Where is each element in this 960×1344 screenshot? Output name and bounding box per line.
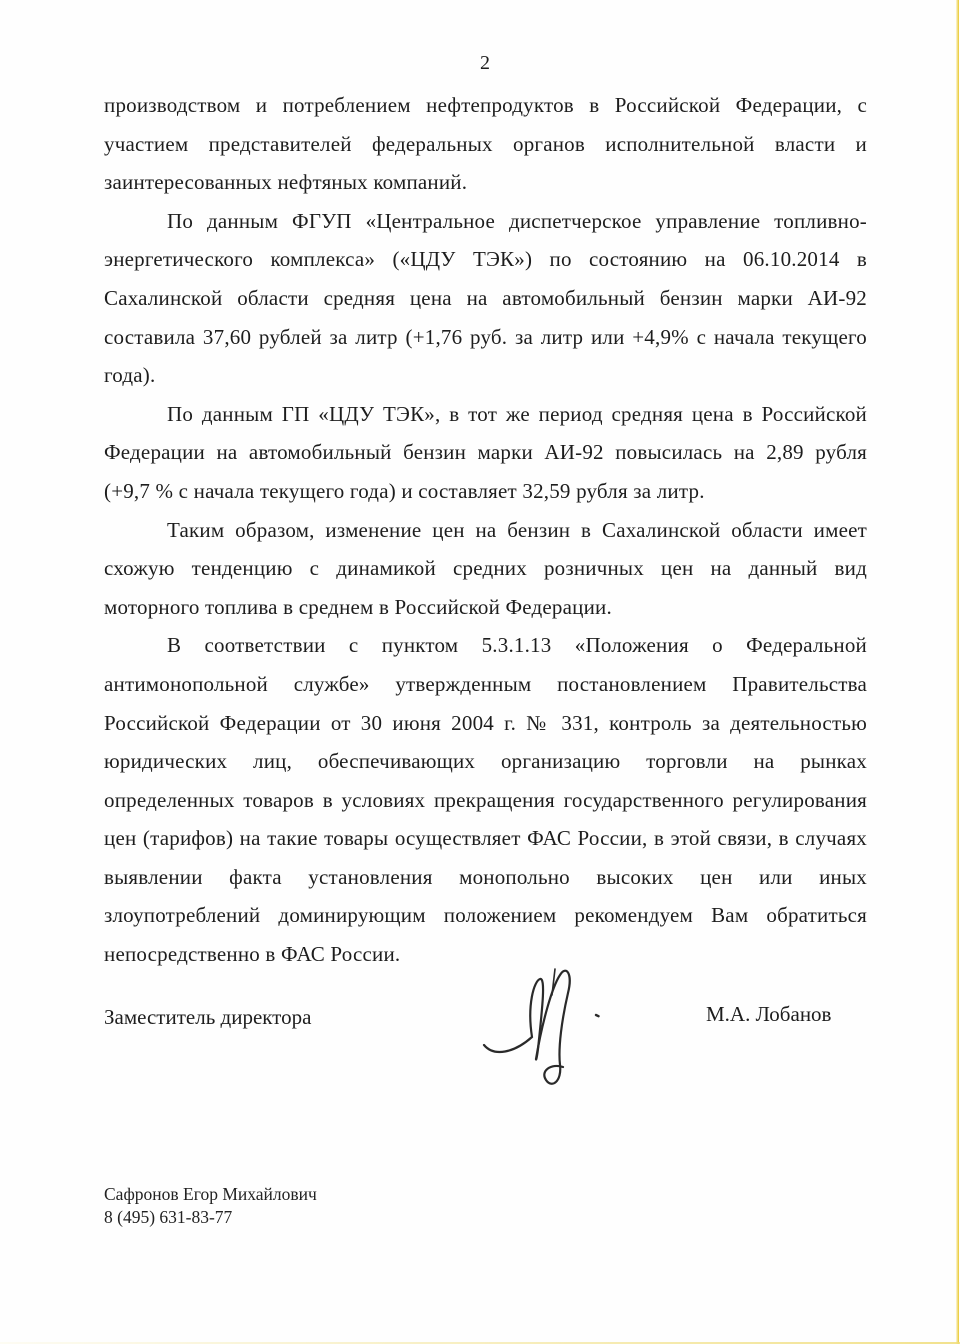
text-line: злоупотреблений доминирующим положением … bbox=[104, 896, 867, 935]
paragraph-4: Таким образом, изменение цен на бензин в… bbox=[104, 511, 867, 627]
paragraph-5: В соответствии с пунктом 5.3.1.13 «Полож… bbox=[104, 626, 867, 973]
text-line: юридических лиц, обеспечивающих организа… bbox=[104, 742, 867, 781]
executor-phone: 8 (495) 631-83-77 bbox=[104, 1206, 317, 1229]
text-line: антимонопольной службе» утвержденным пос… bbox=[104, 665, 867, 704]
executor-info: Сафронов Егор Михайлович 8 (495) 631-83-… bbox=[104, 1183, 317, 1229]
scan-edge-line-right bbox=[956, 0, 959, 1344]
text-line: участием представителей федеральных орга… bbox=[104, 125, 867, 164]
text-line: заинтересованных нефтяных компаний. bbox=[104, 163, 867, 202]
text-line: По данным ФГУП «Центральное диспетчерско… bbox=[104, 202, 867, 241]
text-line: В соответствии с пунктом 5.3.1.13 «Полож… bbox=[104, 626, 867, 665]
text-line: цен (тарифов) на такие товары осуществля… bbox=[104, 819, 867, 858]
text-line: Федерации на автомобильный бензин марки … bbox=[104, 433, 867, 472]
text-line: моторного топлива в среднем в Российской… bbox=[104, 588, 867, 627]
text-line: определенных товаров в условиях прекраще… bbox=[104, 781, 867, 820]
text-line: По данным ГП «ЦДУ ТЭК», в тот же период … bbox=[104, 395, 867, 434]
text-line: Таким образом, изменение цен на бензин в… bbox=[104, 511, 867, 550]
paragraph-1: производством и потреблением нефтепродук… bbox=[104, 86, 867, 202]
paragraph-3: По данным ГП «ЦДУ ТЭК», в тот же период … bbox=[104, 395, 867, 511]
text-line: Сахалинской области средняя цена на авто… bbox=[104, 279, 867, 318]
text-line: схожую тенденцию с динамикой средних роз… bbox=[104, 549, 867, 588]
text-line: выявлении факта установления монопольно … bbox=[104, 858, 867, 897]
text-line: Российской Федерации от 30 июня 2004 г. … bbox=[104, 704, 867, 743]
document-page: 2 производством и потреблением нефтепрод… bbox=[0, 0, 960, 1344]
text-line: составила 37,60 рублей за литр (+1,76 ру… bbox=[104, 318, 867, 357]
text-line: года). bbox=[104, 356, 867, 395]
signature-image bbox=[478, 967, 628, 1097]
text-line: производством и потреблением нефтепродук… bbox=[104, 86, 867, 125]
signer-name: М.А. Лобанов bbox=[706, 1002, 831, 1027]
text-line: (+9,7 % с начала текущего года) и состав… bbox=[104, 472, 867, 511]
paragraph-2: По данным ФГУП «Центральное диспетчерско… bbox=[104, 202, 867, 395]
executor-name: Сафронов Егор Михайлович bbox=[104, 1183, 317, 1206]
text-line: энергетического комплекса» («ЦДУ ТЭК») п… bbox=[104, 240, 867, 279]
letter-body: производством и потреблением нефтепродук… bbox=[104, 86, 867, 974]
signer-position-title: Заместитель директора bbox=[104, 1005, 311, 1030]
page-number: 2 bbox=[104, 52, 866, 75]
signature-block: Заместитель директора М.А. Лобанов bbox=[104, 995, 867, 1115]
